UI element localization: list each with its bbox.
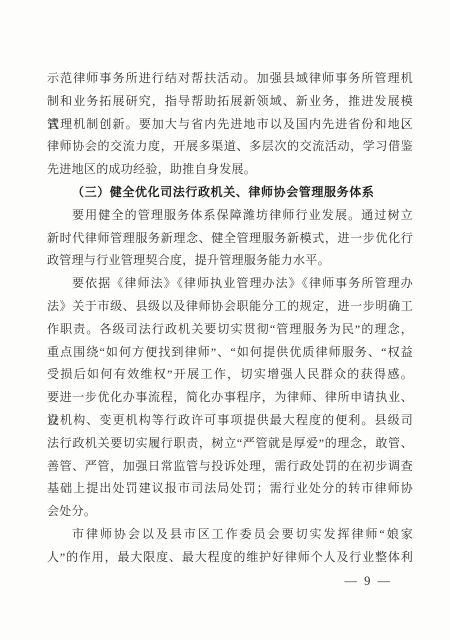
text-line: 新时代律师管理服务新理念、健全管理服务新模式，进一步优化行 — [47, 227, 413, 250]
page-number: — 9 — — [345, 574, 393, 589]
text-line: 要依据《律师法》《律师执业管理办法》《律师事务所管理办 — [47, 272, 413, 295]
text-line: 重点围绕“如何方便找到律师”、“如何提供优质律师服务、“权益 — [47, 341, 413, 364]
text-line: 人”的作用，最大限度、最大程度的维护好律师个人及行业整体利 — [47, 546, 413, 569]
text-line: 会处分。 — [47, 500, 413, 523]
text-line: 受损后如何有效维权”开展工作，切实增强人民群众的获得感。 — [47, 363, 413, 386]
text-block: 示范律师事务所进行结对帮扶活动。加强县域律师事务所管理机制和业务拓展研究，指导帮… — [47, 67, 413, 569]
text-line: 制和业务拓展研究，指导帮助拓展新领域、新业务，推进发展模式、 — [47, 90, 413, 113]
text-line: 示范律师事务所进行结对帮扶活动。加强县域律师事务所管理机 — [47, 67, 413, 90]
text-line: 要进一步优化办事流程，简化办事程序，为律师、律所申请执业、设 — [47, 386, 413, 409]
section-heading: （三）健全优化司法行政机关、律师协会管理服务体系 — [47, 181, 413, 204]
text-line: 法行政机关要切实履行职责，树立“严管就是厚爱”的理念，敢管、 — [47, 432, 413, 455]
text-line: 管理机制创新。要加大与省内先进地市以及国内先进省份和地区 — [47, 113, 413, 136]
text-line: 政管理与行业管理契合度，提升管理服务能力水平。 — [47, 249, 413, 272]
text-line: 律师协会的交流力度，开展多渠道、多层次的交流活动，学习借鉴 — [47, 135, 413, 158]
text-line: 市律师协会以及县市区工作委员会要切实发挥律师“娘家 — [47, 523, 413, 546]
text-line: 基础上提出处罚建议报市司法局处罚；需行业处分的转市律师协 — [47, 477, 413, 500]
text-line: 善管、严管，加强日常监管与投诉处理，需行政处罚的在初步调查 — [47, 455, 413, 478]
text-line: 作职责。各级司法行政机关要切实贯彻“管理服务为民”的理念， — [47, 318, 413, 341]
text-line: 立机构、变更机构等行政许可事项提供最大程度的便利。县级司 — [47, 409, 413, 432]
document-page: 示范律师事务所进行结对帮扶活动。加强县域律师事务所管理机制和业务拓展研究，指导帮… — [0, 0, 450, 640]
text-line: 要用健全的管理服务体系保障潍坊律师行业发展。通过树立 — [47, 204, 413, 227]
text-line: 法》关于市级、县级以及律师协会职能分工的规定，进一步明确工 — [47, 295, 413, 318]
text-line: 先进地区的成功经验，助推自身发展。 — [47, 158, 413, 181]
